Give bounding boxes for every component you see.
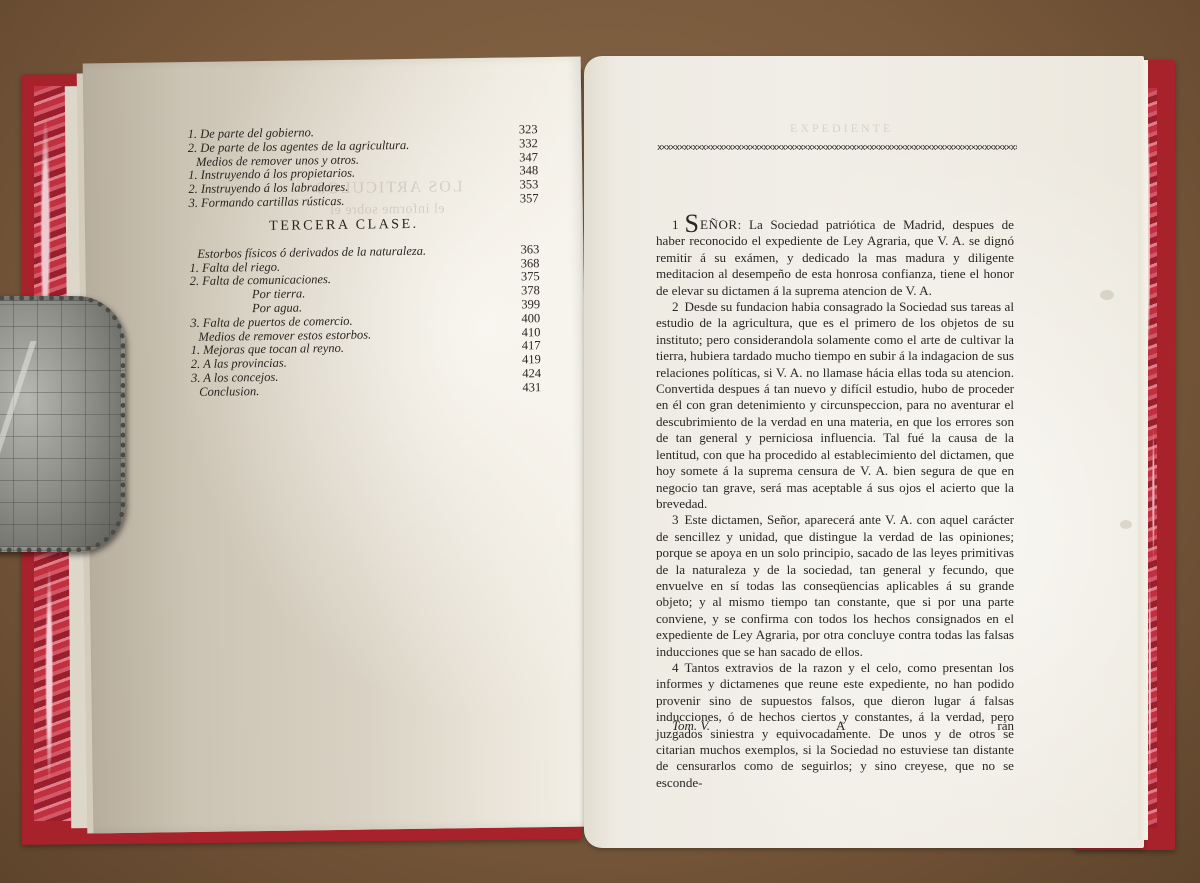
paragraph-number: 3 [672,512,679,527]
signature-mark: A [836,718,845,734]
page-fore-edge [1138,60,1148,840]
body-text: 1SEÑOR: La Sociedad patriótica de Madrid… [656,217,1014,791]
paragraph-text: Desde su fundacion habia consagrado la S… [656,299,1014,511]
typographic-ornament-rule: x×x×x×x×x×x×x×x×x×x×x×x×x×x×x×x×x×x×x×x×… [657,143,1017,153]
toc-entry: 3. Formando cartillas rústicas.357 [189,192,539,211]
table-of-contents: 1. De parte del gobierno.323 2. De parte… [188,123,542,399]
paragraph-1: 1SEÑOR: La Sociedad patriótica de Madrid… [656,217,1014,299]
catchword: rán [997,718,1014,734]
toc-entry: Conclusion.431 [191,381,541,400]
clip-relief [0,341,101,511]
faint-running-head: EXPEDIENTE [790,121,893,136]
paragraph-number: 4 [672,660,679,675]
paragraph-number: 1 [672,217,679,232]
metal-page-weight [0,296,125,552]
paper-stain [1100,290,1114,300]
volume-mark: Tom. V. [672,718,710,734]
left-page: LOS ARTICULOS el informe sobre el 1. De … [83,57,592,834]
paragraph-number: 2 [672,299,679,314]
paragraph-2: 2Desde su fundacion habia consagrado la … [656,299,1014,512]
small-caps-word: EÑOR [700,217,738,232]
page-footer: Tom. V. A rán [656,718,1014,734]
section-heading: TERCERA CLASE. [189,215,539,236]
paper-stain [1120,520,1132,529]
paragraph-3: 3Este dictamen, Señor, aparecerá ante V.… [656,512,1014,660]
paragraph-text: Este dictamen, Señor, aparecerá ante V. … [656,512,1014,658]
